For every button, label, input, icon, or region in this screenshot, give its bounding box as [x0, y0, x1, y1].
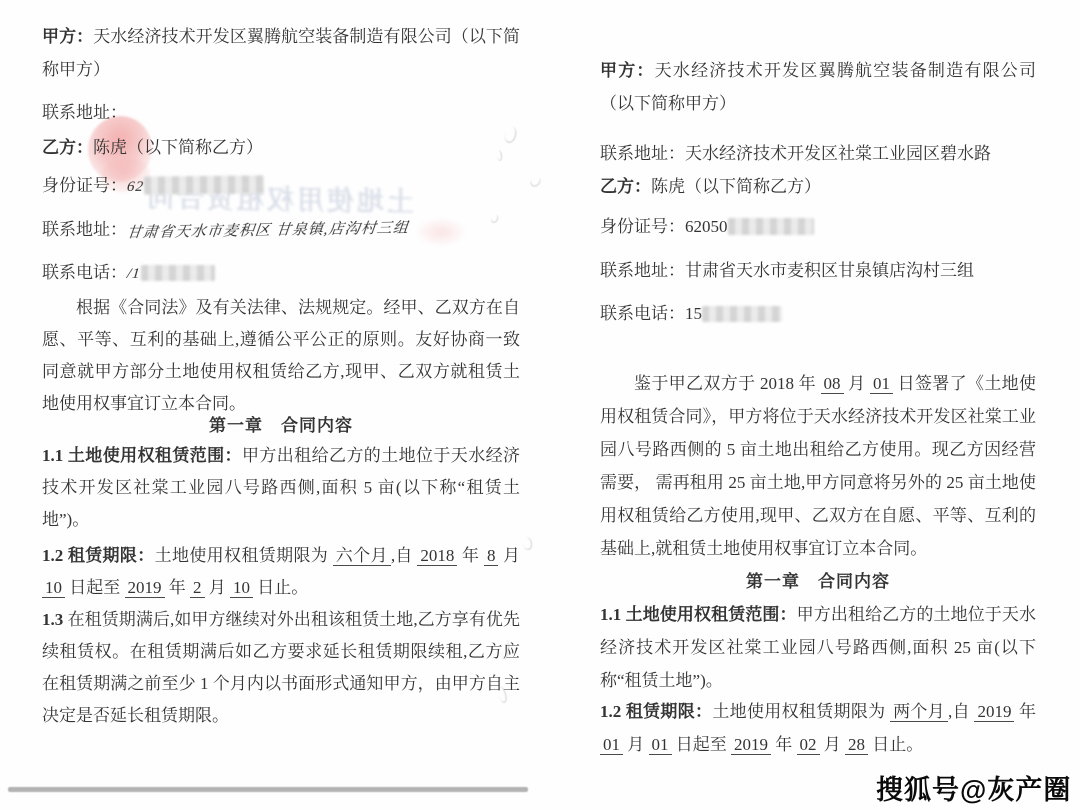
home-address-label: 联系地址： — [600, 261, 685, 280]
clause-1-2-t2: ,自 — [948, 702, 974, 721]
clause-1-2-t8: 日止。 — [868, 735, 923, 754]
clause-1-2-t6: 年 — [771, 735, 797, 754]
clause-1-3-number: 1.3 — [42, 610, 63, 629]
end-year-value: 2019 — [731, 735, 771, 755]
party-b-line: 乙方：陈虎（以下简称乙方） — [42, 132, 520, 164]
start-month-value: 01 — [600, 735, 623, 755]
clause-1-2-t4: 月 — [623, 735, 649, 754]
party-b-label: 乙方： — [42, 138, 93, 157]
clause-1-3-text: 在租赁期满后,如甲方继续对外出租该租赁土地,乙方享有优先续租赁权。在租赁期满后如… — [42, 610, 520, 725]
contact-address-label: 联系地址： — [42, 103, 127, 122]
clause-1-2-t6: 年 — [165, 578, 191, 597]
start-month-value: 8 — [484, 546, 499, 566]
scan-artifact — [522, 536, 534, 551]
party-a-text: 天水经济技术开发区翼腾航空装备制造有限公司（以下简称甲方） — [600, 61, 1036, 113]
id-label: 身份证号： — [600, 217, 685, 236]
id-number-line: 身份证号：62 — [42, 170, 520, 203]
term-length-value: 六个月 — [333, 546, 391, 566]
id-visible-digits: 62 — [125, 171, 145, 203]
clause-1-1-label: 1.1 土地使用权租赁范围： — [600, 605, 797, 624]
recital-paragraph: 鉴于甲乙双方于 2018 年 08 月 01 日签署了《土地使用权租赁合同》，甲… — [600, 367, 1036, 565]
clause-1-2-t5: 日起至 — [672, 735, 732, 754]
chapter-heading: 第一章 合同内容 — [600, 565, 1036, 598]
clause-1-2-t8: 日止。 — [253, 578, 308, 597]
clause-1-2-t3: 年 — [457, 546, 484, 565]
id-visible-digits: 62050 — [685, 217, 728, 236]
end-month-value: 2 — [190, 578, 205, 598]
chapter-heading: 第一章 合同内容 — [42, 410, 520, 442]
home-address-handwritten: 甘肃省天水市麦积区 甘泉镇,店沟村三组 — [125, 213, 410, 250]
id-label: 身份证号： — [42, 176, 127, 195]
right-contract-page: 甲方：天水经济技术开发区翼腾航空装备制造有限公司（以下简称甲方） 联系地址：天水… — [600, 0, 1036, 810]
party-a-label: 甲方： — [600, 61, 655, 80]
clause-1-2-label: 1.2 租赁期限： — [42, 546, 155, 565]
phone-line: 联系电话：/1 — [42, 257, 520, 290]
scan-artifact — [529, 174, 543, 188]
left-page-bottom-edge — [8, 787, 528, 792]
clause-1-2: 1.2 租赁期限：土地使用权租赁期限为 六个月,自 2018 年 8 月 10 … — [42, 540, 520, 604]
signing-month-value: 08 — [821, 374, 844, 394]
intro-paragraph: 根据《合同法》及有关法律、法规规定。经甲、乙双方在自愿、平等、互利的基础上,遵循… — [42, 292, 520, 420]
start-year-value: 2018 — [417, 546, 457, 566]
recital-t1: 鉴于甲乙双方于 2018 年 — [634, 374, 821, 393]
start-year-value: 2019 — [974, 702, 1014, 722]
phone-label: 联系电话： — [600, 304, 685, 323]
clause-1-2-t2: ,自 — [391, 546, 418, 565]
clause-1-2-t3: 年 — [1014, 702, 1036, 721]
party-a-text: 天水经济技术开发区翼腾航空装备制造有限公司（以下简称甲方） — [42, 27, 520, 79]
phone-visible-digits: /1 — [125, 258, 142, 290]
clause-1-2-t1: 土地使用权租赁期限为 — [155, 546, 333, 565]
home-address-line: 联系地址：甘肃省天水市麦积区 甘泉镇,店沟村三组 — [42, 214, 520, 247]
id-number-line: 身份证号：62050 — [600, 210, 1036, 243]
home-address-line: 联系地址：甘肃省天水市麦积区甘泉镇店沟村三组 — [600, 254, 1036, 287]
company-address-label: 联系地址： — [600, 144, 685, 163]
clause-1-2-t5: 日起至 — [65, 578, 125, 597]
party-a-line: 甲方：天水经济技术开发区翼腾航空装备制造有限公司（以下简称甲方） — [42, 20, 520, 86]
redaction-blur-phone — [141, 265, 215, 281]
left-contract-page: 土地使用权租赁合同 甲方：天水经济技术开发区翼腾航空装备制造有限公司（以下简称甲… — [42, 0, 520, 810]
clause-1-1-label: 1.1 土地使用权租赁范围： — [42, 446, 242, 465]
phone-visible-digits: 15 — [685, 304, 702, 323]
party-a-label: 甲方： — [42, 27, 93, 46]
end-day-value: 10 — [230, 578, 253, 598]
start-day-value: 01 — [649, 735, 672, 755]
company-address-line: 联系地址：天水经济技术开发区社棠工业园区碧水路 — [600, 137, 1036, 170]
phone-label: 联系电话： — [42, 263, 127, 282]
term-length-value: 两个月 — [890, 702, 948, 722]
company-address-text: 天水经济技术开发区社棠工业园区碧水路 — [685, 144, 991, 163]
party-b-text: 陈虎（以下简称乙方） — [93, 138, 263, 157]
party-b-text: 陈虎（以下简称乙方） — [651, 177, 821, 196]
redaction-blur-id — [728, 218, 814, 235]
recital-t2: 月 — [844, 374, 871, 393]
clause-1-1: 1.1 土地使用权租赁范围：甲方出租给乙方的土地位于天水经济技术开发区社棠工业园… — [42, 440, 520, 536]
party-b-line: 乙方：陈虎（以下简称乙方） — [600, 170, 1036, 203]
scanned-contract-image: 土地使用权租赁合同 甲方：天水经济技术开发区翼腾航空装备制造有限公司（以下简称甲… — [0, 0, 1080, 810]
clause-1-2: 1.2 租赁期限：土地使用权租赁期限为 两个月,自 2019 年 01 月 01… — [600, 695, 1036, 761]
signing-day-value: 01 — [870, 374, 893, 394]
contact-address-empty-line: 联系地址： — [42, 97, 520, 129]
end-day-value: 28 — [845, 735, 868, 755]
clause-1-3: 1.3 在租赁期满后,如甲方继续对外出租该租赁土地,乙方享有优先续租赁权。在租赁… — [42, 604, 520, 732]
clause-1-2-t7: 月 — [820, 735, 846, 754]
party-a-line: 甲方：天水经济技术开发区翼腾航空装备制造有限公司（以下简称甲方） — [600, 54, 1036, 120]
clause-1-2-t4: 月 — [498, 546, 520, 565]
home-address-text: 甘肃省天水市麦积区甘泉镇店沟村三组 — [685, 261, 974, 280]
redaction-blur-id — [144, 175, 264, 194]
end-month-value: 02 — [797, 735, 820, 755]
clause-1-2-t7: 月 — [205, 578, 231, 597]
redaction-blur-phone — [702, 306, 782, 322]
home-address-label: 联系地址： — [42, 220, 127, 239]
clause-1-2-label: 1.2 租赁期限： — [600, 702, 712, 721]
phone-line: 联系电话：15 — [600, 297, 1036, 330]
clause-1-2-t1: 土地使用权租赁期限为 — [712, 702, 890, 721]
recital-t3: 日签署了《土地使用权租赁合同》，甲方将位于天水经济技术开发区社棠工业园八号路西侧… — [600, 374, 1036, 558]
party-b-label: 乙方： — [600, 177, 651, 196]
sohu-watermark: 搜狐号@灰产圈 — [876, 768, 1071, 807]
start-day-value: 10 — [42, 578, 65, 598]
end-year-value: 2019 — [125, 578, 165, 598]
clause-1-1: 1.1 土地使用权租赁范围：甲方出租给乙方的土地位于天水经济技术开发区社棠工业园… — [600, 598, 1036, 697]
